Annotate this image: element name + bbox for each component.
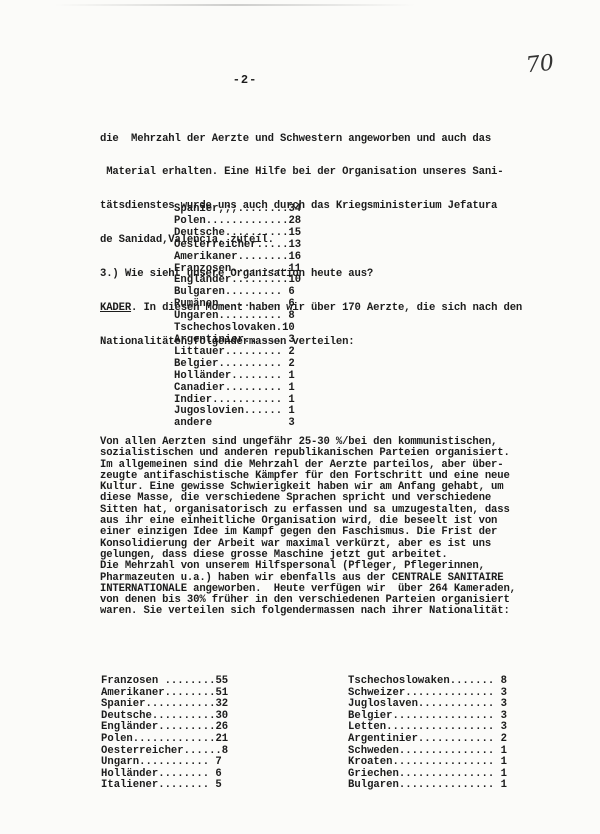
list-item: Amerikaner........16 [174, 252, 301, 264]
list-item: Littauer......... 2 [174, 347, 301, 359]
list-item: andere 3 [174, 418, 301, 430]
nationality-label: Polen............. [101, 734, 215, 746]
count-value: 8 [222, 746, 228, 758]
count-value: 15 [288, 228, 301, 240]
count-value: 1 [494, 757, 507, 769]
list-item: Belgier.......... 2 [174, 359, 301, 371]
nationality-label: Holländer........ [174, 371, 282, 383]
scan-artifact [55, 4, 415, 6]
nationality-label: andere [174, 418, 282, 430]
list-item: Ungarn........... 7 [101, 757, 228, 769]
nationality-label: Franzosen ........ [101, 676, 215, 688]
text-line: Material erhalten. Eine Hilfe bei der Or… [100, 167, 590, 178]
nationality-label: Italiener........ [101, 780, 209, 792]
text-line: Die Mehrzahl von unserem Hilfspersonal (… [100, 561, 590, 572]
count-value: 1 [494, 780, 507, 792]
count-value: 7 [209, 757, 222, 769]
list-item: Polen.............21 [101, 734, 228, 746]
nationality-label: Ungarn........... [101, 757, 209, 769]
text-line: einer einzigen Idee im Kampf gegen den F… [100, 527, 590, 538]
staff-nationality-list-left: Franzosen ........55Amerikaner........51… [101, 676, 228, 792]
count-value: 1 [282, 383, 295, 395]
page-number: -2- [0, 73, 490, 87]
nationality-label: Canadier......... [174, 383, 282, 395]
nationality-label: Oesterreicher..... [174, 240, 288, 252]
nationality-label: Littauer......... [174, 347, 282, 359]
nationality-label: Kroaten................ [348, 757, 494, 769]
doctors-nationality-list: Spanier,;;........34Polen.............28… [174, 204, 301, 430]
staff-nationality-list-right: Tschechoslowaken....... 8Schweizer......… [348, 676, 507, 792]
list-item: Argentinier............ 2 [348, 734, 507, 746]
count-value: 13 [288, 240, 301, 252]
list-item: Italiener........ 5 [101, 780, 228, 792]
nationality-label: Bulgaren............... [348, 780, 494, 792]
list-item: Kroaten................ 1 [348, 757, 507, 769]
count-value: 3 [282, 418, 295, 430]
list-item: Canadier......... 1 [174, 383, 301, 395]
count-value: 21 [215, 734, 228, 746]
nationality-label: Belgier.......... [174, 359, 282, 371]
count-value: 2 [282, 359, 295, 371]
count-value: 8 [494, 676, 507, 688]
list-item: Franzosen ........55 [101, 676, 228, 688]
nationality-label: Tschechoslowaken....... [348, 676, 494, 688]
document-page: 70 -2- die Mehrzahl der Aerzte und Schwe… [0, 0, 600, 834]
nationality-label: Deutsche.......... [174, 228, 288, 240]
paragraph-staff: Von allen Aerzten sind ungefähr 25-30 %/… [100, 437, 590, 618]
nationality-label: Amerikaner........ [174, 252, 288, 264]
count-value: 55 [215, 676, 228, 688]
list-item: Bulgaren............... 1 [348, 780, 507, 792]
nationality-label: Argentinier............ [348, 734, 494, 746]
text-line: die Mehrzahl der Aerzte und Schwestern a… [100, 134, 590, 145]
count-value: 5 [209, 780, 222, 792]
count-value: 16 [288, 252, 301, 264]
text-line: sozialistischen und anderen republikanis… [100, 448, 590, 459]
list-item: Holländer........ 1 [174, 371, 301, 383]
list-item: Deutsche..........15 [174, 228, 301, 240]
count-value: 2 [494, 734, 507, 746]
count-value: 2 [282, 347, 295, 359]
kader-label: KADER [100, 302, 131, 314]
count-value: 1 [282, 371, 295, 383]
text-line: waren. Sie verteilen sich folgendermasse… [100, 606, 590, 617]
list-item: Oesterreicher.....13 [174, 240, 301, 252]
list-item: Tschechoslowaken....... 8 [348, 676, 507, 688]
handwritten-page-number: 70 [525, 51, 555, 79]
